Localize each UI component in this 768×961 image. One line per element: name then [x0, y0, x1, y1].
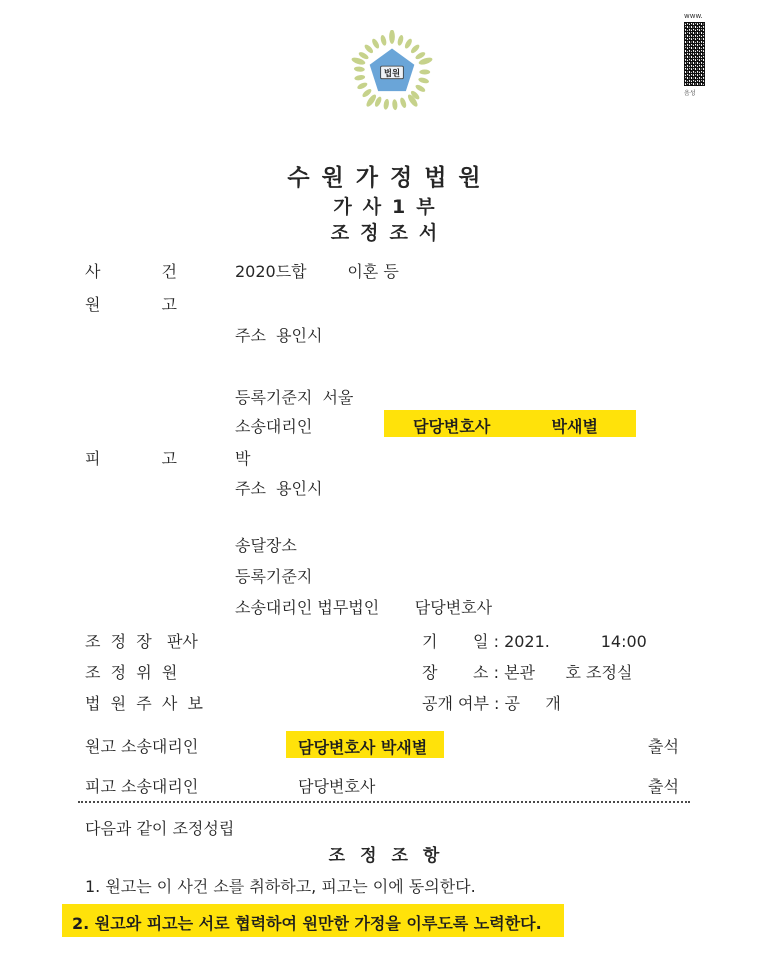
plaintiff-counsel-highlight: 담당변호사 박새별	[384, 410, 636, 437]
court-clerk-label: 법 원 주 사 보	[85, 694, 203, 714]
court-name: 수원가정법원	[0, 164, 768, 193]
plaintiff-attendance-label: 원고 소송대리인	[85, 737, 198, 757]
defendant-address: 주소 용인시	[235, 479, 322, 499]
defendant-name: 박	[235, 449, 250, 469]
seal-label: 법원	[384, 68, 400, 78]
defendant-attendance-label: 피고 소송대리인	[85, 777, 198, 797]
barcode-url-text: www.	[684, 12, 703, 20]
mediation-judge-label: 조 정 장 판사	[85, 632, 198, 652]
settlement-section-title: 조정조항	[0, 846, 768, 867]
settlement-clause-1: 1. 원고는 이 사건 소를 취하하고, 피고는 이에 동의한다.	[85, 877, 476, 897]
document-title: 조정조서	[0, 222, 768, 246]
plaintiff-attendance-status: 출석	[648, 737, 679, 757]
defendant-registration: 등록기준지	[235, 567, 312, 587]
barcode-caption: 음성	[684, 88, 696, 97]
plaintiff-label: 원 고	[85, 295, 177, 315]
session-publicity: 공개 여부 : 공 개	[422, 694, 561, 714]
case-label: 사 건	[85, 262, 177, 282]
settlement-clause-2-highlight: 2. 원고와 피고는 서로 협력하여 원만한 가정을 이루도록 노력한다.	[62, 904, 564, 937]
settlement-intro: 다음과 같이 조정성립	[85, 819, 234, 839]
settlement-clause-2: 2. 원고와 피고는 서로 협력하여 원만한 가정을 이루도록 노력한다.	[72, 911, 542, 934]
plaintiff-counsel-name: 담당변호사 박새별	[413, 414, 598, 437]
plaintiff-counsel-label: 소송대리인	[235, 417, 312, 437]
session-date: 기 일 : 2021. 14:00	[422, 632, 647, 652]
service-address: 송달장소	[235, 536, 297, 556]
court-division: 가사1부	[0, 196, 768, 220]
voice-barcode	[684, 22, 705, 86]
case-number: 2020드합 이혼 등	[235, 262, 399, 282]
defendant-attendance-status: 출석	[648, 777, 679, 797]
plaintiff-attendance-highlight: 담당변호사 박새별	[286, 731, 444, 758]
defendant-attendance-counsel: 담당변호사	[298, 777, 375, 797]
mediation-commissioner-label: 조 정 위 원	[85, 663, 177, 683]
defendant-label: 피 고	[85, 449, 177, 469]
court-seal-icon: 법원	[350, 30, 434, 114]
plaintiff-address: 주소 용인시	[235, 326, 322, 346]
plaintiff-attendance-counsel: 담당변호사 박새별	[298, 735, 427, 758]
dashed-divider	[78, 801, 690, 803]
session-place: 장 소 : 본관 호 조정실	[422, 663, 632, 683]
plaintiff-registration: 등록기준지 서울	[235, 388, 353, 408]
scanned-court-document: 법원 www. 음성 수원가정법원 가사1부 조정조서 사 건 2020드합 이…	[0, 0, 768, 961]
defendant-counsel: 소송대리인 법무법인 담당변호사	[235, 598, 492, 618]
